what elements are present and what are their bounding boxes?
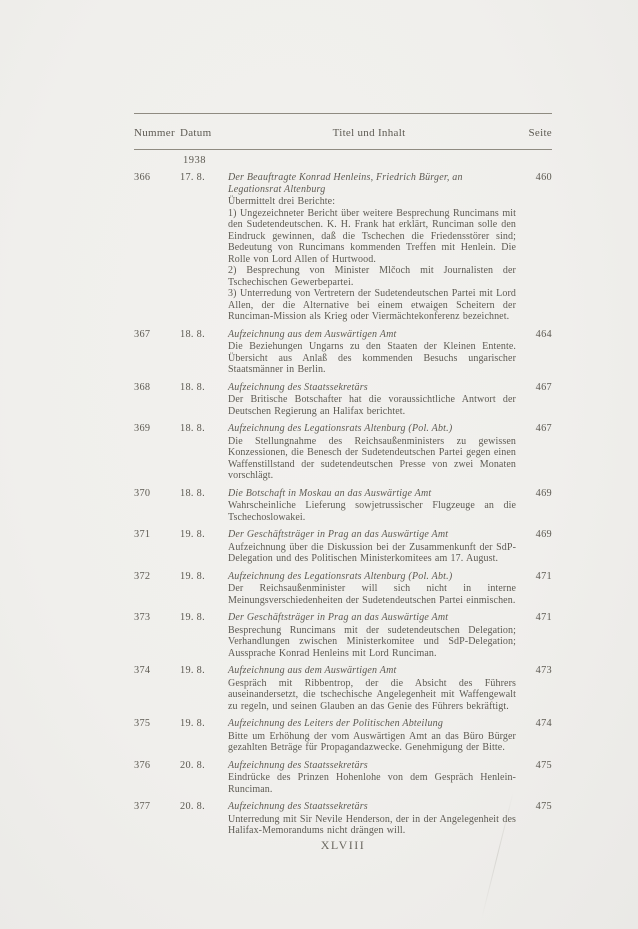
entry-date: 19. 8. [180,529,228,565]
entry-title: Der Beauftragte Konrad Henleins, Friedri… [228,172,522,195]
entry-content: Der Geschäftsträger in Prag an das Auswä… [228,612,522,659]
column-header-seite: Seite [510,127,552,139]
entry-summary-paragraph: Gespräch mit Ribbentrop, der die Absicht… [228,678,522,713]
entry-page-number: 460 [522,172,552,323]
entry-title: Aufzeichnung des Staatssekretärs [228,382,522,394]
entry-content: Aufzeichnung des Leiters der Politischen… [228,718,522,754]
entry-summary-paragraph: 1) Ungezeichneter Bericht über weitere B… [228,208,522,266]
entry-date: 19. 8. [180,612,228,659]
toc-entry: 370 18. 8. Die Botschaft in Moskau an da… [134,488,552,524]
entry-title: Die Botschaft in Moskau an das Auswärtig… [228,488,522,500]
entry-number: 374 [134,665,180,712]
entry-summary-paragraph: 3) Unterredung von Vertretern der Sudete… [228,288,522,323]
toc-entries: 366 17. 8. Der Beauftragte Konrad Henlei… [134,172,552,837]
entry-summary-paragraph: Wahrscheinliche Lieferung sowjetrussisch… [228,500,522,523]
entry-summary-paragraph: 2) Besprechung von Minister Mlčoch mit J… [228,265,522,288]
column-header-nummer: Nummer [134,127,180,139]
entry-content: Der Beauftragte Konrad Henleins, Friedri… [228,172,522,323]
entry-content: Aufzeichnung des Staatssekretärs Eindrüc… [228,760,522,796]
entry-number: 368 [134,382,180,418]
entry-date: 18. 8. [180,423,228,482]
entry-summary-paragraph: Der Britische Botschafter hat die voraus… [228,394,522,417]
entry-number: 372 [134,571,180,607]
entry-summary-paragraph: Die Stellungnahme des Reichsaußenministe… [228,436,522,482]
entry-title: Aufzeichnung des Legationsrats Altenburg… [228,571,522,583]
toc-column-headers: Nummer Datum Titel und Inhalt Seite [134,113,552,150]
entry-number: 373 [134,612,180,659]
entry-number: 377 [134,801,180,837]
entry-page-number: 464 [522,329,552,376]
entry-number: 369 [134,423,180,482]
entry-summary-paragraph: Unterredung mit Sir Nevile Henderson, de… [228,814,522,837]
toc-entry: 377 20. 8. Aufzeichnung des Staatssekret… [134,801,552,837]
entry-summary-paragraph: Eindrücke des Prinzen Hohenlohe von dem … [228,772,522,795]
toc-entry: 366 17. 8. Der Beauftragte Konrad Henlei… [134,172,552,323]
scanned-book-page: Nummer Datum Titel und Inhalt Seite 1938… [0,0,638,929]
entry-title: Der Geschäftsträger in Prag an das Auswä… [228,529,522,541]
entry-summary-paragraph: Bitte um Erhöhung der vom Auswärtigen Am… [228,731,522,754]
entry-number: 376 [134,760,180,796]
entry-number: 375 [134,718,180,754]
entry-number: 366 [134,172,180,323]
entry-title: Aufzeichnung des Legationsrats Altenburg… [228,423,522,435]
toc-entry: 373 19. 8. Der Geschäftsträger in Prag a… [134,612,552,659]
entry-page-number: 469 [522,529,552,565]
entry-date: 18. 8. [180,382,228,418]
toc-entry: 374 19. 8. Aufzeichnung aus dem Auswärti… [134,665,552,712]
entry-page-number: 475 [522,760,552,796]
entry-number: 371 [134,529,180,565]
entry-content: Aufzeichnung aus dem Auswärtigen Amt Ges… [228,665,522,712]
entry-title: Aufzeichnung aus dem Auswärtigen Amt [228,329,522,341]
entry-content: Aufzeichnung des Legationsrats Altenburg… [228,571,522,607]
entry-title: Aufzeichnung des Staatssekretärs [228,801,522,813]
entry-date: 19. 8. [180,571,228,607]
entry-title: Aufzeichnung aus dem Auswärtigen Amt [228,665,522,677]
entry-page-number: 471 [522,571,552,607]
entry-summary-paragraph: Aufzeichnung über die Diskussion bei der… [228,542,522,565]
entry-date: 20. 8. [180,801,228,837]
entry-content: Aufzeichnung aus dem Auswärtigen Amt Die… [228,329,522,376]
entry-date: 17. 8. [180,172,228,323]
entry-content: Der Geschäftsträger in Prag an das Auswä… [228,529,522,565]
entry-page-number: 474 [522,718,552,754]
entry-content: Die Botschaft in Moskau an das Auswärtig… [228,488,522,524]
toc-entry: 371 19. 8. Der Geschäftsträger in Prag a… [134,529,552,565]
entry-title: Aufzeichnung des Leiters der Politischen… [228,718,522,730]
entry-summary-paragraph: Übermittelt drei Berichte: [228,196,522,208]
entry-summary-paragraph: Der Reichsaußenminister will sich nicht … [228,583,522,606]
entry-summary-paragraph: Die Beziehungen Ungarns zu den Staaten d… [228,341,522,376]
toc-entry: 367 18. 8. Aufzeichnung aus dem Auswärti… [134,329,552,376]
toc-entry: 375 19. 8. Aufzeichnung des Leiters der … [134,718,552,754]
toc-entry: 369 18. 8. Aufzeichnung des Legationsrat… [134,423,552,482]
entry-page-number: 475 [522,801,552,837]
entry-number: 370 [134,488,180,524]
toc-entry: 372 19. 8. Aufzeichnung des Legationsrat… [134,571,552,607]
column-header-datum: Datum [180,127,228,139]
entry-page-number: 467 [522,423,552,482]
entry-title: Aufzeichnung des Staatssekretärs [228,760,522,772]
entry-page-number: 469 [522,488,552,524]
entry-date: 18. 8. [180,488,228,524]
toc-entry: 368 18. 8. Aufzeichnung des Staatssekret… [134,382,552,418]
entry-date: 19. 8. [180,718,228,754]
page-number-roman: XLVIII [134,838,552,853]
entry-content: Aufzeichnung des Staatssekretärs Der Bri… [228,382,522,418]
column-header-titel-und-inhalt: Titel und Inhalt [228,127,510,139]
entry-summary-paragraph: Besprechung Runcimans mit der sudetendeu… [228,625,522,660]
entry-date: 19. 8. [180,665,228,712]
year-label: 1938 [183,155,552,166]
entry-content: Aufzeichnung des Legationsrats Altenburg… [228,423,522,482]
toc-entry: 376 20. 8. Aufzeichnung des Staatssekret… [134,760,552,796]
entry-page-number: 473 [522,665,552,712]
entry-page-number: 471 [522,612,552,659]
entry-date: 20. 8. [180,760,228,796]
toc-content: Nummer Datum Titel und Inhalt Seite 1938… [134,113,552,837]
entry-page-number: 467 [522,382,552,418]
entry-number: 367 [134,329,180,376]
entry-content: Aufzeichnung des Staatssekretärs Unterre… [228,801,522,837]
entry-title: Der Geschäftsträger in Prag an das Auswä… [228,612,522,624]
entry-date: 18. 8. [180,329,228,376]
